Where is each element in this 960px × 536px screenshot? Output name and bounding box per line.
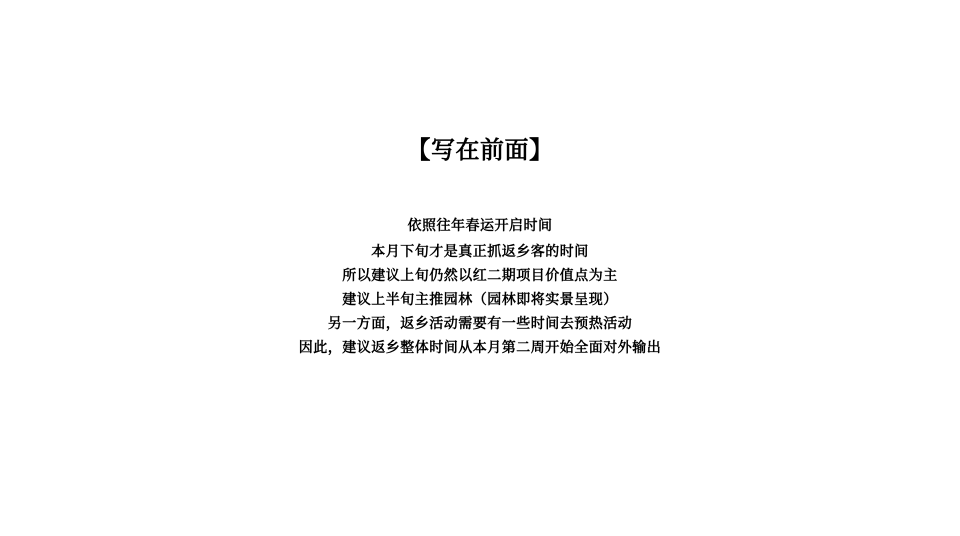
body-line: 依照往年春运开启时间 (0, 218, 960, 232)
slide-canvas: 【写在前面】 依照往年春运开启时间 本月下旬才是真正抓返乡客的时间 所以建议上旬… (0, 0, 960, 536)
slide-title: 【写在前面】 (0, 138, 960, 164)
body-line: 所以建议上旬仍然以红二期项目价值点为主 (0, 268, 960, 282)
slide-body: 依照往年春运开启时间 本月下旬才是真正抓返乡客的时间 所以建议上旬仍然以红二期项… (0, 218, 960, 364)
body-line: 建议上半旬主推园林（园林即将实景呈现） (0, 292, 960, 306)
body-line: 因此，建议返乡整体时间从本月第二周开始全面对外输出 (0, 340, 960, 354)
body-line: 另一方面，返乡活动需要有一些时间去预热活动 (0, 316, 960, 330)
body-line: 本月下旬才是真正抓返乡客的时间 (0, 244, 960, 258)
